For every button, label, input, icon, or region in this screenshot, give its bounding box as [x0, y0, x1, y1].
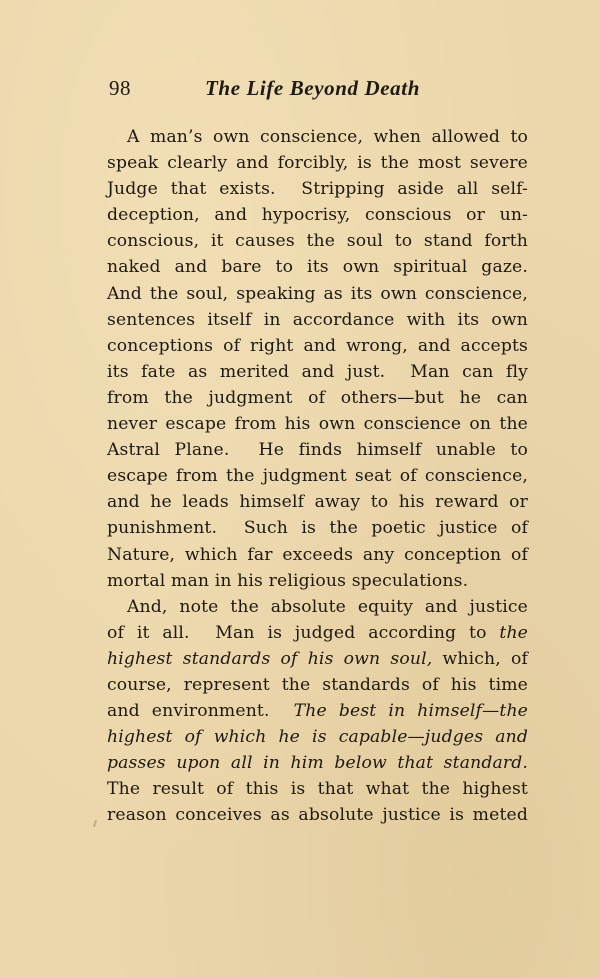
body-text: A man’s own conscience, when allowed tos…	[107, 124, 528, 829]
text-run: The result of this is that what the high…	[107, 779, 528, 799]
text-line: And the soul, speaking as its own consci…	[107, 281, 528, 307]
text-run: escape from the judgment seat of conscie…	[107, 466, 528, 486]
italic-text: the	[499, 623, 528, 643]
text-line: and he leads himself away to his reward …	[107, 489, 528, 515]
text-run: reason conceives as absolute justice is …	[107, 805, 528, 825]
text-run: A man’s own conscience, when allowed to	[127, 127, 528, 147]
italic-text: The best in himself—the	[294, 701, 528, 721]
text-line: sentences itself in accordance with its …	[107, 307, 528, 333]
text-line: highest of which he is capable—judges an…	[107, 724, 528, 750]
text-run: from the judgment of others—but he can	[107, 388, 528, 408]
book-page: 98 The Life Beyond Death A man’s own con…	[0, 0, 600, 978]
paper-blemish	[93, 820, 97, 827]
italic-text: passes upon all in him below that standa…	[107, 753, 528, 773]
text-line: escape from the judgment seat of conscie…	[107, 463, 528, 489]
text-run: And the soul, speaking as its own consci…	[107, 284, 528, 304]
text-line: speak clearly and forcibly, is the most …	[107, 150, 528, 176]
text-run: its fate as merited and just. Man can fl…	[107, 362, 528, 382]
text-run: course, represent the standards of his t…	[107, 675, 528, 695]
text-line: naked and bare to its own spiritual gaze…	[107, 254, 528, 280]
text-line: reason conceives as absolute justice is …	[107, 802, 528, 828]
text-line: A man’s own conscience, when allowed to	[107, 124, 528, 150]
text-run: Nature, which far exceeds any conception…	[107, 545, 528, 565]
text-line: passes upon all in him below that standa…	[107, 750, 528, 776]
text-run: speak clearly and forcibly, is the most …	[107, 153, 528, 173]
text-line: course, represent the standards of his t…	[107, 672, 528, 698]
text-run: punishment. Such is the poetic justice o…	[107, 518, 528, 538]
text-line: never escape from his own conscience on …	[107, 411, 528, 437]
text-line: Judge that exists. Stripping aside all s…	[107, 176, 528, 202]
text-line: And, note the absolute equity and justic…	[107, 594, 528, 620]
page-header: 98 The Life Beyond Death	[107, 76, 527, 106]
text-run: deception, and hypocrisy, conscious or u…	[107, 205, 528, 225]
text-line: The result of this is that what the high…	[107, 776, 528, 802]
text-line: from the judgment of others—but he can	[107, 385, 528, 411]
text-line: punishment. Such is the poetic justice o…	[107, 515, 528, 541]
text-run: of it all. Man is judged according to	[107, 623, 499, 643]
text-line: mortal man in his religious speculations…	[107, 568, 528, 594]
text-line: Nature, which far exceeds any conception…	[107, 542, 528, 568]
text-line: conceptions of right and wrong, and acce…	[107, 333, 528, 359]
text-run: sentences itself in accordance with its …	[107, 310, 528, 330]
text-run: mortal man in his religious speculations…	[107, 571, 468, 591]
text-run: Judge that exists. Stripping aside all s…	[107, 179, 528, 199]
paragraph: A man’s own conscience, when allowed tos…	[107, 124, 528, 594]
text-line: and environment. The best in himself—the	[107, 698, 528, 724]
text-run: Astral Plane. He finds himself unable to	[107, 440, 528, 460]
text-run: never escape from his own conscience on …	[107, 414, 528, 434]
text-line: Astral Plane. He finds himself unable to	[107, 437, 528, 463]
text-line: of it all. Man is judged according to th…	[107, 620, 528, 646]
text-line: conscious, it causes the soul to stand f…	[107, 228, 528, 254]
text-line: highest standards of his own soul, which…	[107, 646, 528, 672]
text-run: naked and bare to its own spiritual gaze…	[107, 257, 528, 277]
italic-text: highest of which he is capable—judges an…	[107, 727, 528, 747]
text-run: and environment.	[107, 701, 294, 721]
text-line: its fate as merited and just. Man can fl…	[107, 359, 528, 385]
page-number: 98	[109, 76, 131, 101]
running-head-title: The Life Beyond Death	[205, 76, 420, 101]
text-line: deception, and hypocrisy, conscious or u…	[107, 202, 528, 228]
text-run: And, note the absolute equity and justic…	[127, 597, 528, 617]
paragraph: And, note the absolute equity and justic…	[107, 594, 528, 829]
text-run: conscious, it causes the soul to stand f…	[107, 231, 528, 251]
text-run: conceptions of right and wrong, and acce…	[107, 336, 528, 356]
text-run: which, of	[432, 649, 528, 669]
text-run: and he leads himself away to his reward …	[107, 492, 528, 512]
italic-text: highest standards of his own soul,	[107, 649, 432, 669]
